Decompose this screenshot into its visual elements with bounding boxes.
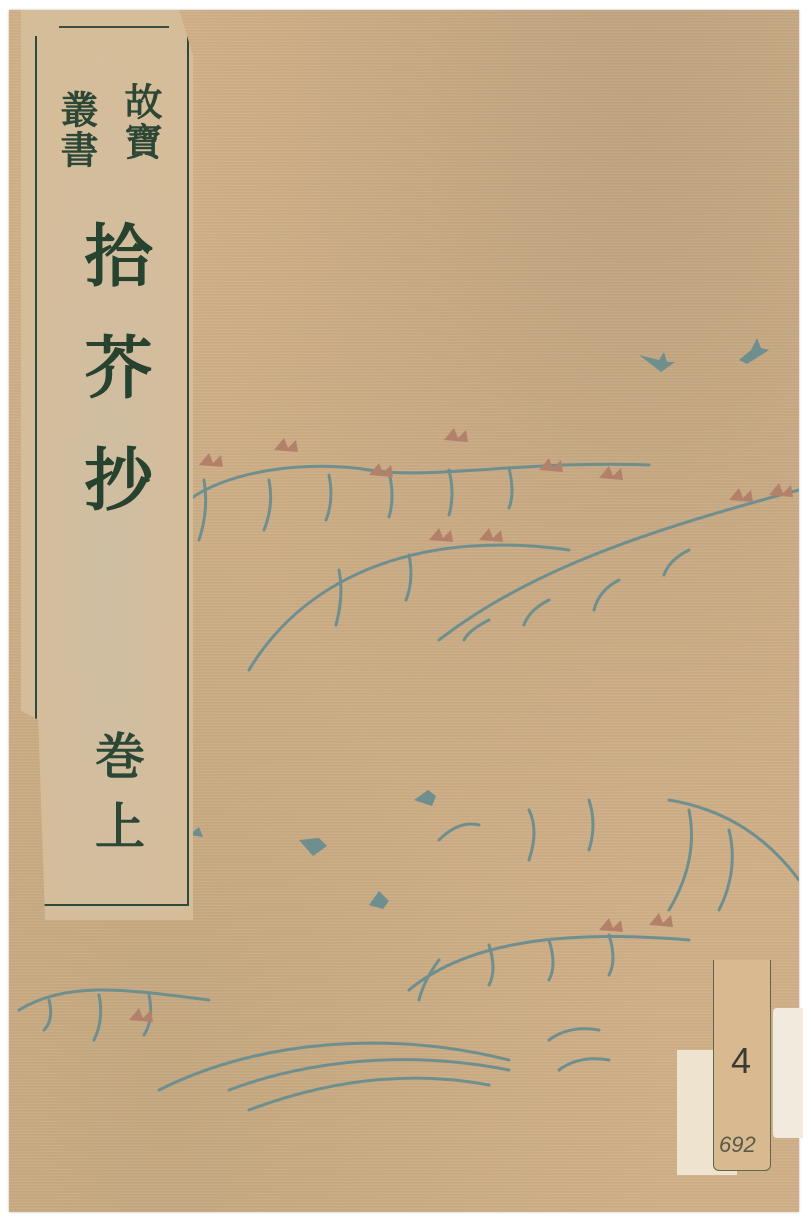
series-name-col2: 叢書	[57, 90, 95, 170]
volume-label: 巻上	[91, 730, 141, 870]
blue-birds	[189, 338, 769, 909]
book-cover: 故寶 叢書 拾芥抄 巻上 4 692	[9, 10, 799, 1212]
volume-number: 4	[731, 1040, 751, 1082]
title-slip: 故寶 叢書 拾芥抄 巻上	[21, 10, 193, 920]
slip-top-rule	[59, 26, 169, 28]
library-label: 4 692	[669, 1020, 799, 1180]
call-number: 692	[719, 1132, 756, 1158]
series-name-col1: 故寶	[121, 82, 159, 162]
red-birds	[129, 428, 793, 1022]
book-title: 拾芥抄	[79, 220, 147, 556]
label-side-tab	[773, 1008, 803, 1138]
